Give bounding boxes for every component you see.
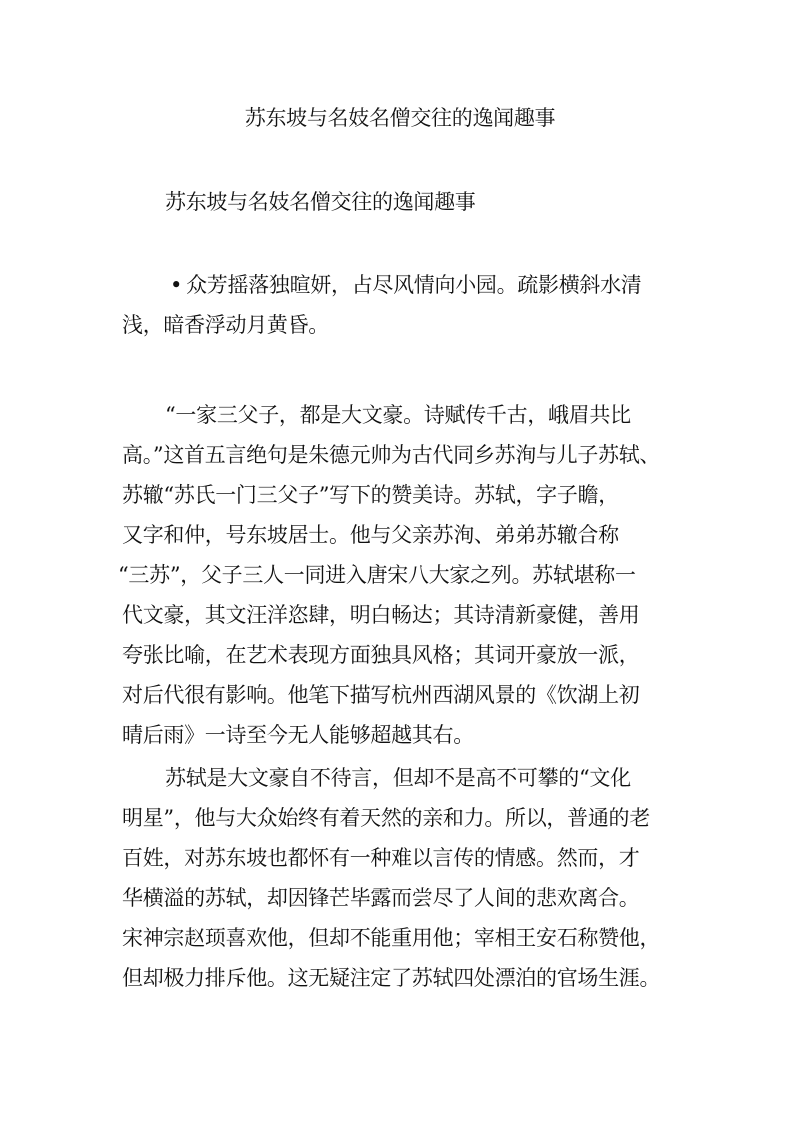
paragraph-line: 苏轼是大文豪自不待言，但却不是高不可攀的“文化	[165, 766, 631, 790]
paragraph-line: “一家三父子，都是大文豪。诗赋传千古，峨眉共比	[165, 403, 631, 427]
paragraph-line: 华横溢的苏轼，却因锋芒毕露而尝尽了人间的悲欢离合。	[122, 886, 640, 910]
paragraph-line: 百姓，对苏东坡也都怀有一种难以言传的情感。然而，才	[122, 846, 640, 870]
paragraph-line: 高。”这首五言绝句是朱德元帅为古代同乡苏洵与儿子苏轼、	[122, 443, 660, 467]
bullet-line: 浅，暗香浮动月黄昏。	[122, 313, 329, 337]
document-title: 苏东坡与名妓名僧交往的逸闻趣事	[0, 106, 800, 130]
bullet-line: •众芳摇落独暄妍，占尽风情向小园。疏影横斜水清	[170, 273, 642, 297]
paragraph-line: 但却极力排斥他。这无疑注定了苏轼四处漂泊的官场生涯。	[122, 966, 660, 990]
paragraph-line: 宋神宗赵顼喜欢他，但却不能重用他；宰相王安石称赞他，	[122, 926, 660, 950]
paragraph-line: 明星”，他与大众始终有着天然的亲和力。所以，普通的老	[122, 806, 650, 830]
paragraph-line: 对后代很有影响。他笔下描写杭州西湖风景的《饮湖上初	[122, 683, 640, 707]
paragraph-line: 代文豪，其文汪洋恣肆，明白畅达；其诗清新豪健，善用	[122, 603, 640, 627]
paragraph-line: 苏辙“苏氏一门三父子”写下的赞美诗。苏轼，字子瞻，	[122, 483, 619, 507]
section-heading: 苏东坡与名妓名僧交往的逸闻趣事	[165, 190, 476, 214]
paragraph-line: 夸张比喻，在艺术表现方面独具风格；其词开豪放一派，	[122, 643, 640, 667]
paragraph-line: “三苏”，父子三人一同进入唐宋八大家之列。苏轼堪称一	[118, 563, 636, 587]
bullet-icon: •	[170, 273, 182, 297]
document-page: 苏东坡与名妓名僧交往的逸闻趣事 苏东坡与名妓名僧交往的逸闻趣事 •众芳摇落独暄妍…	[0, 0, 800, 1132]
paragraph-line: 晴后雨》一诗至今无人能够超越其右。	[122, 723, 474, 747]
paragraph-line: 又字和仲，号东坡居士。他与父亲苏洵、弟弟苏辙合称	[122, 523, 619, 547]
